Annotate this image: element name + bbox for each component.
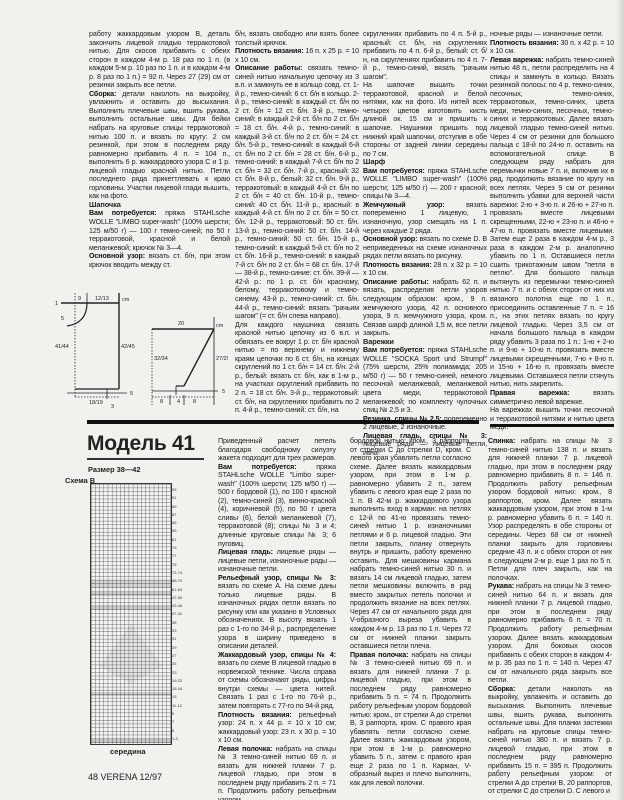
paragraph: скруглениях прибавить по 4 п. 5-й р., кр… (363, 30, 487, 81)
paragraph: набрать на спицы № 3 темно-синей нитью 6… (218, 745, 336, 800)
row-label: 13 (172, 693, 192, 701)
paragraph: набрать на спицы № 3 темно-синей нитью 1… (488, 437, 612, 582)
label-description: Описание работы: (363, 278, 429, 286)
row-label: 35 (172, 619, 192, 627)
paragraph: пряжа STAHLsche WOLLE "Limbo super-wash"… (218, 463, 336, 548)
paragraph: набрать темно-синей нитью 48 п., петли р… (490, 56, 614, 389)
chart-band (91, 592, 171, 596)
chart-band (91, 606, 171, 610)
label-right-front: Правая полочка: (350, 651, 408, 659)
dim-label: 12/13 (95, 296, 109, 302)
section-divider (87, 420, 479, 424)
heading-scarf: Шарф (363, 158, 487, 167)
chart-band (91, 580, 171, 588)
row-label: 15-18 (172, 685, 192, 693)
row-label: 31 (172, 635, 192, 643)
label-jacquard: Жаккардовый узор, спицы № 4: (218, 651, 336, 659)
label-density: Плотность вязания: (235, 47, 304, 55)
row-label: 37-42 (172, 610, 192, 618)
label-need: Вам потребуется: (363, 167, 425, 175)
page-footer: 48 VERENA 12/97 (88, 772, 162, 782)
row-label: 19-22 (172, 677, 192, 685)
heading-hat: Шапочка (89, 201, 230, 210)
unit-label: cm (216, 323, 224, 329)
row-label: 23 (172, 669, 192, 677)
row-label: 87 (172, 511, 192, 519)
label-description: Описание работы: (235, 64, 302, 72)
row-label: 79 (172, 544, 192, 552)
dim-label: 20 (178, 321, 184, 327)
label-right-mitten: Правая варежка: (490, 389, 569, 397)
unit-label: cm (122, 297, 130, 303)
label-need: Вам потребуется: (363, 346, 425, 354)
dim-label: 4 (177, 399, 180, 405)
row-label: 85 (172, 519, 192, 527)
paragraph: На шапочке вышить точки терракотовой, кр… (363, 81, 487, 158)
dim-label: 3 (111, 404, 114, 408)
row-label: 25 (172, 660, 192, 668)
row-label: 11-12 (172, 702, 192, 710)
row-label: 47-60 (172, 594, 192, 602)
row-label: 75 (172, 561, 192, 569)
label-density: Плотность вязания: (218, 711, 292, 719)
chart-band (91, 692, 171, 696)
top-column-4: ночные ряды — изнаночные петли. Плотност… (490, 30, 614, 432)
model-title: Модель 41 (87, 432, 195, 456)
row-label: 71-74 (172, 569, 192, 577)
row-label: 91 (172, 494, 192, 502)
chart-band (91, 739, 171, 743)
row-label: 1-4 (172, 735, 192, 743)
paragraph: пряжа STAHLsche WOLLE "SOCKA Sport und S… (363, 346, 487, 414)
dim-label: 8 (160, 399, 163, 405)
paragraph: Приведенный расчет петель благодаря своб… (218, 437, 336, 463)
model-column-4: Спинка: набрать на спицы № 3 темно-синей… (488, 437, 612, 796)
dim-label: 5 (130, 391, 133, 397)
chart-middle-label: середина (110, 747, 146, 756)
paragraph: набрать 62 п. и вязать, распределив петл… (363, 278, 487, 337)
page-edge-shadow (616, 0, 624, 800)
label-stockinette: Лицевая гладь: (218, 548, 273, 556)
top-column-3: скруглениях прибавить по 4 п. 5-й р., кр… (363, 30, 487, 457)
paragraph: набрать на спицы № 3 темно-синей нитью 6… (350, 651, 471, 787)
dim-label: 42/45 (121, 344, 135, 350)
label-basic: Основной узор: (363, 235, 417, 243)
chart-motif (99, 624, 163, 684)
row-label: 77 (172, 552, 192, 560)
label-assembly: Сборка: (89, 90, 116, 98)
model-column-3: бордовой нитью: кром., 3 раппорта, от ст… (350, 437, 471, 787)
label-assembly: Сборка: (488, 685, 515, 693)
jacquard-chart-b (90, 483, 172, 745)
row-label: 89 (172, 503, 192, 511)
paragraph: Для каждого наушника связать красной нит… (235, 321, 359, 415)
label-density: Плотность вязания: (363, 261, 432, 269)
section-divider-right (490, 424, 614, 427)
row-label: 83 (172, 527, 192, 535)
label-pearl: Жемчужный узор: (363, 201, 445, 209)
paragraph: ночные ряды — изнаночные петли. (490, 30, 614, 39)
row-label: 61-64 (172, 586, 192, 594)
row-label: 29 (172, 644, 192, 652)
paragraph: На варежках вышить точки песочной и терр… (490, 406, 614, 432)
label-need: Вам потребуется: (89, 209, 156, 217)
row-label: 9 (172, 710, 192, 718)
dim-label: 32/34 (154, 356, 168, 362)
row-label: 5 (172, 727, 192, 735)
paragraph: работу жаккардовым узором B, деталь зако… (89, 30, 230, 90)
label-left-front: Левая полочка: (218, 745, 272, 753)
chart-row-labels: 93 91 89 87 85 83 81 79 77 75 71-74 68-7… (172, 486, 192, 743)
label-density: Плотность вязания: (490, 39, 559, 47)
dim-label: 5 (61, 316, 64, 322)
paragraph: бордовой нитью: кром., 3 раппорта, от ст… (350, 437, 471, 651)
paragraph: связать темно-синей нитью начальную цепо… (235, 64, 359, 320)
row-label: 81 (172, 536, 192, 544)
paragraph: детали наколоть на выкройку, увлажнить и… (89, 90, 230, 201)
label-back: Спинка: (488, 437, 515, 445)
label-relief: Рельефный узор, спицы № 3: (218, 574, 336, 582)
top-column-2: б/н, вязать свободно или взять более тол… (235, 30, 359, 415)
label-sleeves: Рукава: (488, 582, 514, 590)
dim-label: 1 (55, 301, 58, 307)
dim-label: 41/44 (55, 344, 69, 350)
dim-label: 8 (193, 399, 196, 405)
label-need: Вам потребуется: (218, 463, 297, 471)
dim-label: 9 (78, 296, 81, 302)
top-column-1: работу жаккардовым узором B, деталь зако… (89, 30, 230, 269)
label-basic: Основной узор: (89, 252, 145, 260)
row-label: 93 (172, 486, 192, 494)
title-underline (87, 458, 204, 460)
paragraph: набрать на спицы № 3 темно-синей нитью 6… (488, 582, 612, 684)
pattern-diagram-sleeve: 20 cm 32/34 27/29 5 8 4 8 (148, 315, 228, 407)
dim-label: 27/29 (216, 356, 228, 362)
dim-label: 5 (222, 389, 225, 395)
dim-label: 18/19 (89, 400, 103, 406)
row-label: 68-70 (172, 577, 192, 585)
paragraph: вязать по схеме B лицевой гладью в норве… (218, 659, 336, 710)
model-column-2: Приведенный расчет петель благодаря своб… (218, 437, 336, 800)
heading-mittens: Варежки (363, 338, 487, 347)
size-label: Размер 38—42 (88, 465, 141, 474)
row-label: 7 (172, 718, 192, 726)
paragraph: б/н, вязать свободно или взять более тол… (235, 30, 359, 47)
row-label: 27 (172, 652, 192, 660)
row-label: 33 (172, 627, 192, 635)
row-label: 43-46 (172, 602, 192, 610)
paragraph: вязать по схеме A. На схеме даны только … (218, 582, 336, 650)
pattern-diagram-body: 9 12/13 cm 1 5 41/44 42/45 5 18/19 3 (55, 293, 135, 408)
paragraph: детали наколоть на выкройку, увлажнить и… (488, 685, 612, 796)
label-left-mitten: Левая варежка: (490, 56, 543, 64)
